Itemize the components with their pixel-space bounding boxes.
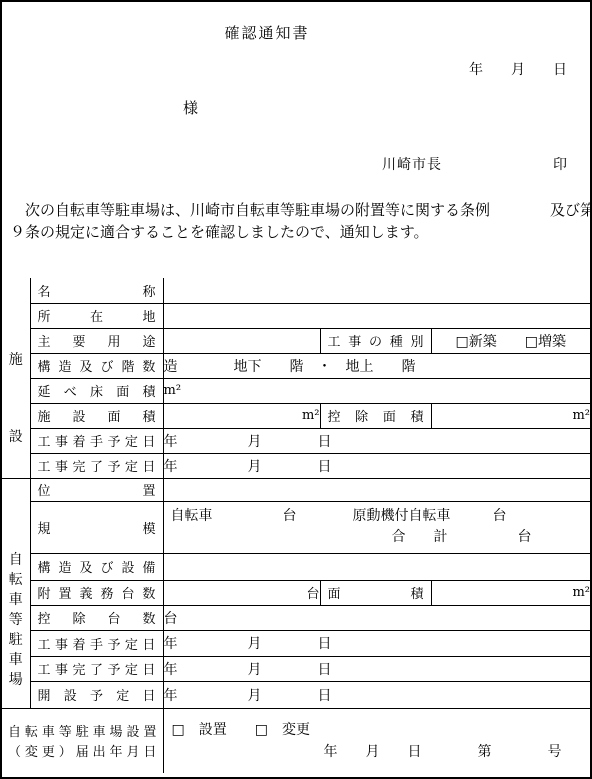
structure-floors-label: 構造及び階数 bbox=[31, 356, 163, 375]
scale-label: 規模 bbox=[31, 518, 163, 537]
notification-label-line2: （変更）届出年月日 bbox=[2, 741, 163, 761]
parking-construction-end-label-cell: 工事完了予定日 bbox=[30, 656, 163, 681]
total-floor-area-label-cell: 延べ床面積 bbox=[30, 378, 163, 403]
facility-construction-start-value: 年 月 日 bbox=[163, 428, 590, 453]
area-label: 面積 bbox=[321, 583, 431, 602]
total-floor-area-label: 延べ床面積 bbox=[31, 381, 163, 400]
facility-name-label: 名称 bbox=[31, 281, 163, 300]
seal-mark: 印 bbox=[553, 154, 567, 174]
facility-construction-end-label-cell: 工事完了予定日 bbox=[30, 453, 163, 478]
structure-equipment-label: 構造及び設備 bbox=[31, 557, 163, 576]
deduction-spaces-unit: 台 bbox=[163, 605, 590, 630]
body-paragraph-line1: 次の自転車等駐車場は、川崎市自転車等駐車場の附置等に関する条例 及び第 bbox=[10, 199, 588, 221]
facility-name-label-cell: 名称 bbox=[30, 278, 163, 303]
total-floor-area-unit: m² bbox=[163, 378, 590, 403]
structure-floors-value: 造 地下 階 ・ 地上 階 bbox=[163, 353, 590, 378]
deduction-spaces-label: 控除台数 bbox=[31, 608, 163, 627]
facility-construction-end-value: 年 月 日 bbox=[163, 453, 590, 478]
notification-date-number-line: 年 月 日 第 号 bbox=[164, 741, 591, 763]
parking-position-label: 位置 bbox=[31, 480, 163, 499]
required-spaces-label: 附置義務台数 bbox=[31, 583, 163, 602]
structure-equipment-label-cell: 構造及び設備 bbox=[30, 553, 163, 580]
facility-area-label: 施設面積 bbox=[31, 406, 163, 425]
main-use-label: 主要用途 bbox=[31, 331, 163, 350]
scale-value-cell: 自転車 台 原動機付自転車 台 合 計 台 bbox=[163, 501, 590, 553]
scale-line1: 自転車 台 原動機付自転車 台 bbox=[164, 506, 591, 527]
parking-position-value-cell bbox=[163, 478, 590, 501]
form-title: 確認通知書 bbox=[2, 22, 590, 43]
main-use-label-cell: 主要用途 bbox=[30, 328, 163, 353]
opening-date-label: 開設予定日 bbox=[31, 685, 163, 704]
area-unit: m² bbox=[431, 580, 590, 605]
main-use-value-cell bbox=[163, 328, 320, 353]
parking-construction-start-label-cell: 工事着手予定日 bbox=[30, 630, 163, 656]
parking-construction-end-value: 年 月 日 bbox=[163, 656, 590, 681]
facility-location-label: 所在地 bbox=[31, 306, 163, 325]
facility-area-label-cell: 施設面積 bbox=[30, 403, 163, 428]
confirmation-notice-form: 確認通知書 年 月 日 様 川崎市長 印 次の自転車等駐車場は、川崎市自転車等駐… bbox=[0, 0, 592, 779]
facility-area-unit: m² bbox=[163, 403, 320, 428]
addressee-suffix: 様 bbox=[183, 97, 198, 118]
notification-label-cell: 自転車等駐車場設置 （変更）届出年月日 bbox=[2, 708, 163, 773]
facility-section-label: 施設 bbox=[2, 349, 30, 446]
deduction-area-label: 控除面積 bbox=[321, 406, 431, 425]
body-paragraph: 次の自転車等駐車場は、川崎市自転車等駐車場の附置等に関する条例 及び第 ９条の規… bbox=[10, 199, 588, 243]
facility-location-label-cell: 所在地 bbox=[30, 303, 163, 328]
facility-construction-start-label-cell: 工事着手予定日 bbox=[30, 428, 163, 453]
facility-name-value-cell bbox=[163, 278, 590, 303]
notification-value-cell: □ 設置 □ 変更 年 月 日 第 号 bbox=[163, 708, 590, 773]
issue-date-line: 年 月 日 bbox=[469, 59, 567, 79]
parking-construction-start-value: 年 月 日 bbox=[163, 630, 590, 656]
opening-date-label-cell: 開設予定日 bbox=[30, 681, 163, 708]
opening-date-value: 年 月 日 bbox=[163, 681, 590, 708]
parking-section-label: 自転車等駐車場 bbox=[2, 549, 30, 683]
scale-line2: 合 計 台 bbox=[164, 527, 591, 548]
form-header: 確認通知書 年 月 日 様 川崎市長 印 次の自転車等駐車場は、川崎市自転車等駐… bbox=[2, 2, 590, 278]
facility-section-label-cell: 施設 bbox=[2, 278, 30, 478]
area-label-cell: 面積 bbox=[320, 580, 431, 605]
parking-construction-end-label: 工事完了予定日 bbox=[31, 659, 163, 678]
facility-construction-end-label: 工事完了予定日 bbox=[31, 456, 163, 475]
work-type-label: 工事の種別 bbox=[321, 331, 431, 350]
issuer-name: 川崎市長 bbox=[382, 154, 442, 174]
notification-label-line1: 自転車等駐車場設置 bbox=[2, 721, 163, 741]
form-table: 施設 名称 所在地 主要用途 工事の種別 □新築 □増築 構造及 bbox=[2, 278, 590, 773]
parking-construction-start-label: 工事着手予定日 bbox=[31, 634, 163, 653]
facility-construction-start-label: 工事着手予定日 bbox=[31, 431, 163, 450]
scale-label-cell: 規模 bbox=[30, 501, 163, 553]
work-type-options[interactable]: □新築 □増築 bbox=[431, 328, 590, 353]
facility-location-value-cell bbox=[163, 303, 590, 328]
body-paragraph-line2: ９条の規定に適合することを確認しましたので、通知します。 bbox=[10, 221, 588, 243]
required-spaces-unit: 台 bbox=[163, 580, 320, 605]
deduction-spaces-label-cell: 控除台数 bbox=[30, 605, 163, 630]
structure-floors-label-cell: 構造及び階数 bbox=[30, 353, 163, 378]
deduction-area-unit: m² bbox=[431, 403, 590, 428]
parking-position-label-cell: 位置 bbox=[30, 478, 163, 501]
structure-equipment-value-cell bbox=[163, 553, 590, 580]
parking-section-label-cell: 自転車等駐車場 bbox=[2, 478, 30, 708]
deduction-area-label-cell: 控除面積 bbox=[320, 403, 431, 428]
notification-type-options[interactable]: □ 設置 □ 変更 bbox=[164, 719, 591, 741]
work-type-label-cell: 工事の種別 bbox=[320, 328, 431, 353]
required-spaces-label-cell: 附置義務台数 bbox=[30, 580, 163, 605]
